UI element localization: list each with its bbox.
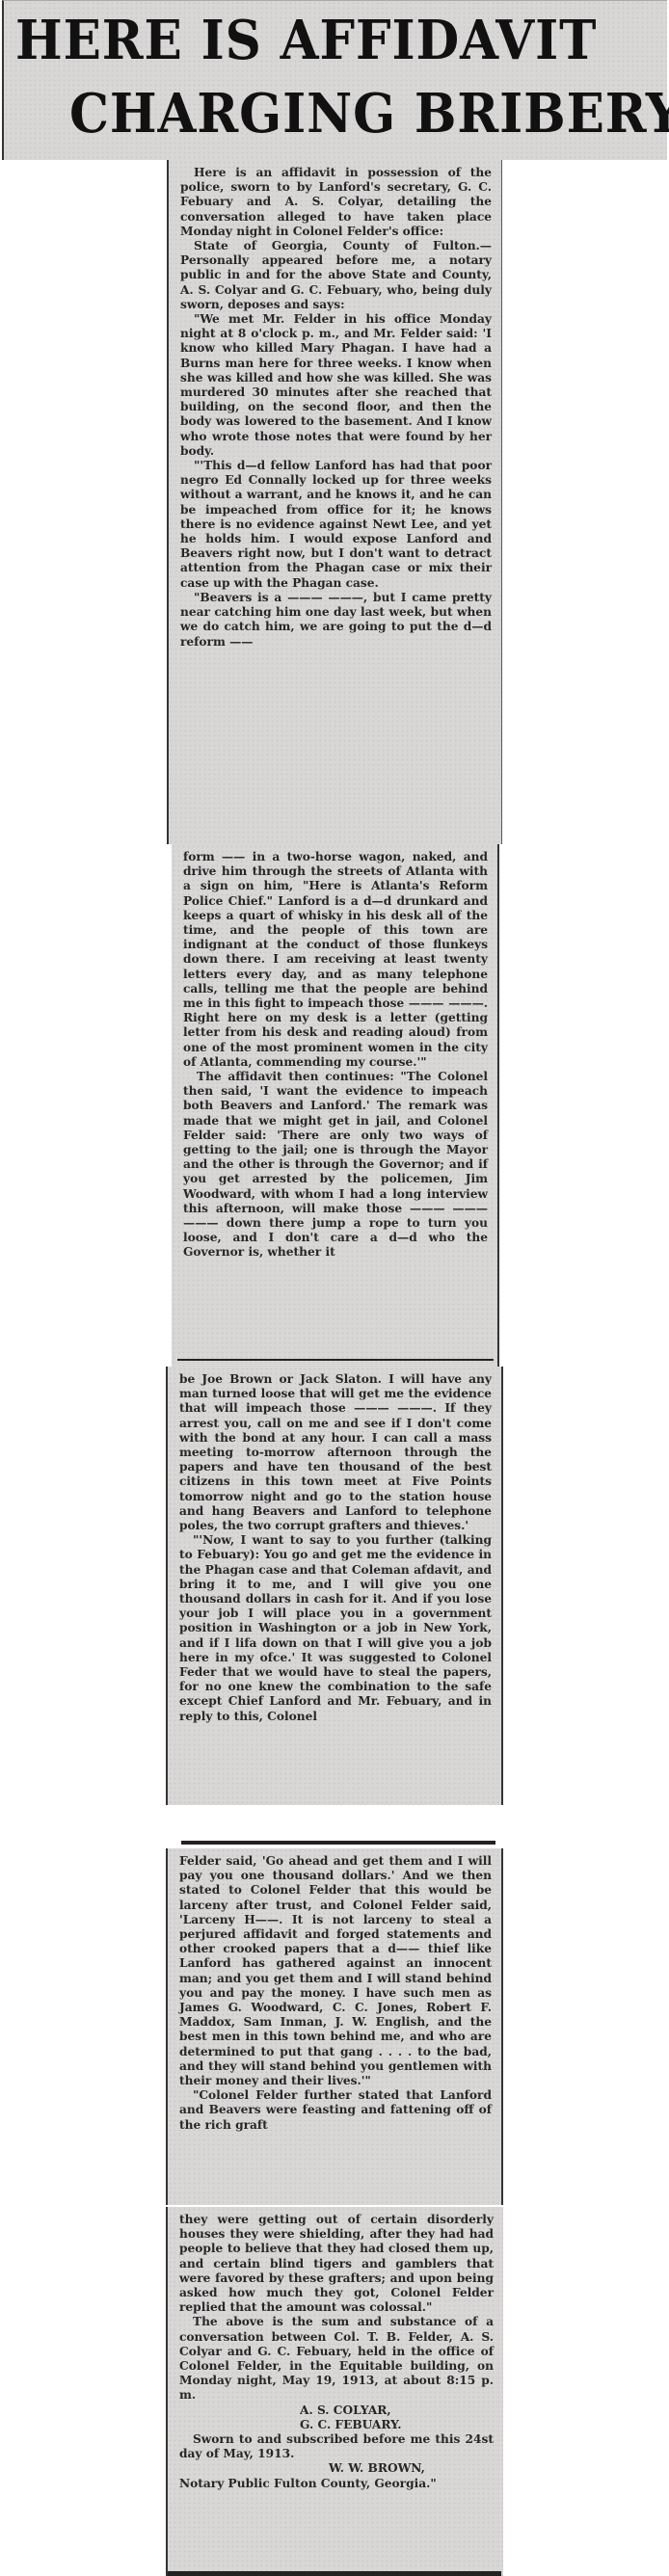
body-paragraph: "We met Mr. Felder in his office Monday …: [180, 312, 492, 459]
bottom-rule: [168, 2571, 501, 2576]
continued-paragraph: they were getting out of certain disorde…: [179, 2213, 494, 2315]
continued-paragraph: Felder said, 'Go ahead and get them and …: [179, 1854, 492, 2088]
headline-line-2: CHARGING BRIBERY: [69, 82, 669, 146]
notary-name: W. W. BROWN,: [179, 2461, 494, 2476]
body-paragraph: "Colonel Felder further stated that Lanf…: [179, 2088, 492, 2133]
body-paragraph: The above is the sum and substance of a …: [179, 2315, 494, 2403]
body-paragraph: "'This d—d fellow Lanford has had that p…: [180, 459, 492, 591]
body-paragraph: "Beavers is a ——— ———, but I came pretty…: [180, 591, 492, 650]
article-column-4: Felder said, 'Go ahead and get them and …: [166, 1848, 503, 2205]
article-column-3: be Joe Brown or Jack Slaton. I will have…: [166, 1367, 503, 1805]
article-column-5: they were getting out of certain disorde…: [166, 2207, 503, 2576]
body-paragraph: "'Now, I want to say to you further (tal…: [179, 1533, 492, 1724]
headline-clipping: HERE IS AFFIDAVIT CHARGING BRIBERY: [2, 0, 667, 160]
article-column-2: form —— in a two-horse wagon, naked, and…: [172, 844, 499, 1369]
headline-line-1: HERE IS AFFIDAVIT: [15, 9, 597, 72]
sworn-statement: Sworn to and subscribed before me this 2…: [179, 2432, 494, 2461]
column-divider-rule: [181, 1841, 495, 1845]
signature-colyar: A. S. COLYAR,: [179, 2403, 494, 2418]
column-divider-rule: [177, 1359, 494, 1361]
body-paragraph: The affidavit then continues: "The Colon…: [183, 1070, 488, 1261]
affidavit-preamble: State of Georgia, County of Fulton.—Pers…: [180, 239, 492, 312]
signature-febuary: G. C. FEBUARY.: [179, 2418, 494, 2432]
continued-paragraph: be Joe Brown or Jack Slaton. I will have…: [179, 1372, 492, 1533]
intro-paragraph: Here is an affidavit in possession of th…: [180, 166, 492, 239]
continued-paragraph: form —— in a two-horse wagon, naked, and…: [183, 850, 488, 1070]
notary-title: Notary Public Fulton County, Georgia.": [179, 2477, 494, 2491]
article-column-1: Here is an affidavit in possession of th…: [167, 160, 502, 844]
